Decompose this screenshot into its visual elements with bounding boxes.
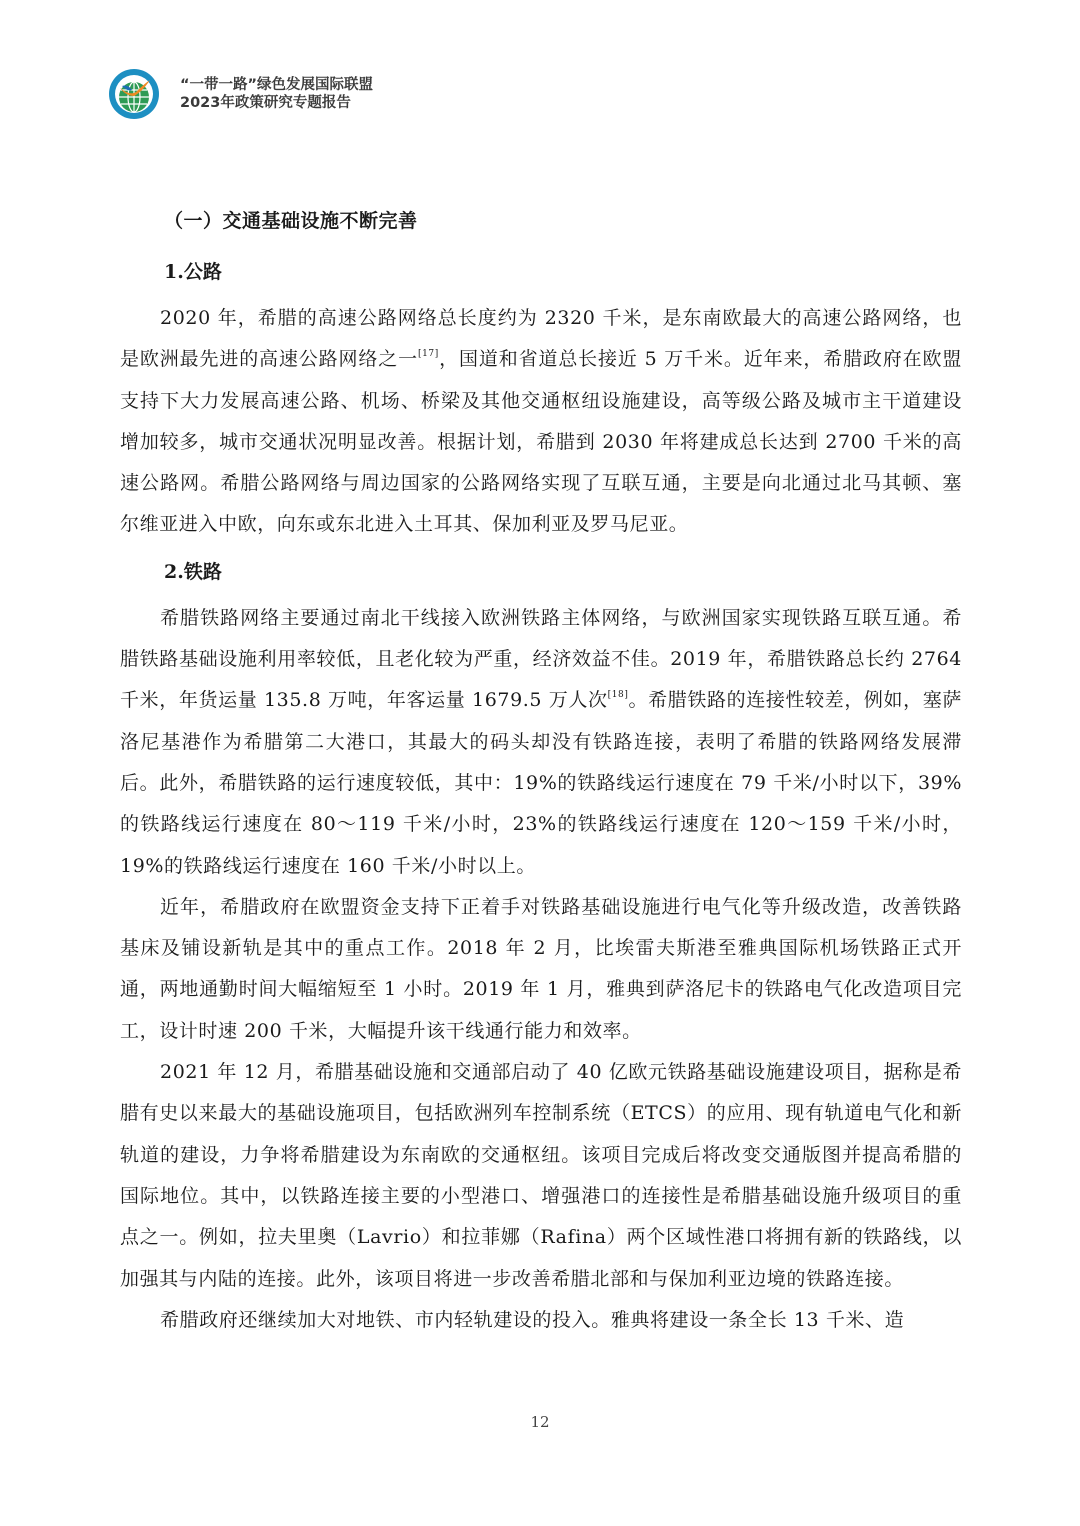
- citation-17: [17]: [418, 349, 439, 359]
- subsection-title-railway: 2.铁路: [164, 546, 962, 598]
- header-org-name: “一带一路”绿色发展国际联盟: [180, 76, 373, 94]
- paragraph-railway-upgrades: 近年，希腊政府在欧盟资金支持下正着手对铁路基础设施进行电气化等升级改造，改善铁路…: [120, 887, 962, 1052]
- paragraph-metro-lightrail: 希腊政府还继续加大对地铁、市内轻轨建设的投入。雅典将建设一条全长 13 千米、造: [120, 1300, 962, 1341]
- section-title: （一）交通基础设施不断完善: [164, 196, 962, 246]
- report-header: “一带一路”绿色发展国际联盟 2023年政策研究专题报告: [108, 66, 373, 122]
- subsection-title-highway: 1.公路: [164, 246, 962, 298]
- page-number: 12: [0, 1413, 1080, 1431]
- citation-18: [18]: [608, 690, 629, 700]
- paragraph-railway-project-2021: 2021 年 12 月，希腊基础设施和交通部启动了 40 亿欧元铁路基础设施建设…: [120, 1052, 962, 1300]
- paragraph-highway: 2020 年，希腊的高速公路网络总长度约为 2320 千米，是东南欧最大的高速公…: [120, 298, 962, 546]
- header-report-title: 2023年政策研究专题报告: [180, 94, 373, 112]
- logo-icon: [108, 68, 160, 120]
- paragraph-railway-overview: 希腊铁路网络主要通过南北干线接入欧洲铁路主体网络，与欧洲国家实现铁路互联互通。希…: [120, 598, 962, 887]
- document-body: （一）交通基础设施不断完善 1.公路 2020 年，希腊的高速公路网络总长度约为…: [120, 196, 962, 1341]
